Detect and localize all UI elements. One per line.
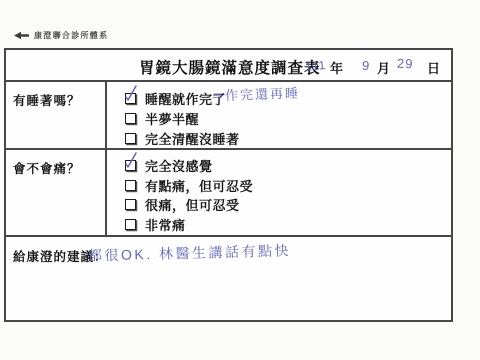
survey-form-table: 胃鏡大腸鏡滿意度調查表 111 年 9 月 29 日 有睡著嗎？ 睡醒就作 <box>4 48 453 322</box>
option-label: 很痛，但可忍受 <box>145 195 240 214</box>
checkbox-unchecked <box>125 133 136 144</box>
options-list: 完全沒感覺 有點痛，但可忍受 很痛，但可忍受 非常痛 <box>125 156 253 234</box>
clinic-logo-text: 康澄聯合診所體系 <box>34 30 108 41</box>
option-row: 完全清醒沒睡著 <box>125 128 240 148</box>
checkbox-unchecked <box>125 219 136 230</box>
question-row-pain: 會不會痛？ 完全沒感覺 有點痛，但可忍受 很痛，但可 <box>6 150 451 237</box>
question-cell: 有睡著嗎？ <box>6 82 107 148</box>
question-cell: 會不會痛？ <box>6 150 107 235</box>
suggestion-row: 給康澄的建議： 都很OK. 林醫生講話有點快 <box>6 237 451 320</box>
checkbox-checked <box>125 93 136 104</box>
checkbox-unchecked <box>125 199 136 210</box>
option-row: 很痛，但可忍受 <box>125 195 253 215</box>
arrow-left-icon <box>14 31 29 40</box>
month-label: 月 <box>377 58 390 77</box>
checkbox-checked <box>125 160 136 171</box>
checkbox-unchecked <box>125 113 136 124</box>
handwritten-month: 9 <box>361 58 369 73</box>
option-label: 完全清醒沒睡著 <box>145 129 240 148</box>
question-label: 會不會痛？ <box>13 162 81 176</box>
option-label: 有點痛，但可忍受 <box>145 176 253 195</box>
form-title: 胃鏡大腸鏡滿意度調查表 <box>139 56 321 78</box>
title-row: 胃鏡大腸鏡滿意度調查表 111 年 9 月 29 日 <box>6 50 451 82</box>
option-row: 非常痛 <box>125 215 253 235</box>
question-row-sleep: 有睡著嗎？ 睡醒就作完了 半夢半醒 完全清醒沒睡著 <box>6 82 451 150</box>
check-mark-icon <box>124 85 138 103</box>
handwritten-note: ⇒作完還再睡 <box>212 82 301 104</box>
year-label: 年 <box>330 58 343 77</box>
option-label: 完全沒感覺 <box>145 156 213 175</box>
clinic-logo: 康澄聯合診所體系 <box>14 30 108 41</box>
handwritten-suggestion: 都很OK. 林醫生講話有點快 <box>88 240 291 265</box>
question-label: 有睡著嗎？ <box>13 94 81 108</box>
day-label: 日 <box>427 58 440 77</box>
option-label: 半夢半醒 <box>145 109 199 128</box>
option-row: 半夢半醒 <box>125 108 240 128</box>
option-row: 有點痛，但可忍受 <box>125 176 253 196</box>
option-row: 完全沒感覺 <box>125 156 253 176</box>
checkbox-unchecked <box>125 180 136 191</box>
scanned-survey-page: 康澄聯合診所體系 胃鏡大腸鏡滿意度調查表 111 年 9 月 29 日 有睡著嗎… <box>0 0 480 360</box>
option-label: 非常痛 <box>145 215 186 234</box>
check-mark-icon <box>124 152 138 170</box>
handwritten-year: 111 <box>304 58 327 74</box>
handwritten-day: 29 <box>397 56 414 72</box>
